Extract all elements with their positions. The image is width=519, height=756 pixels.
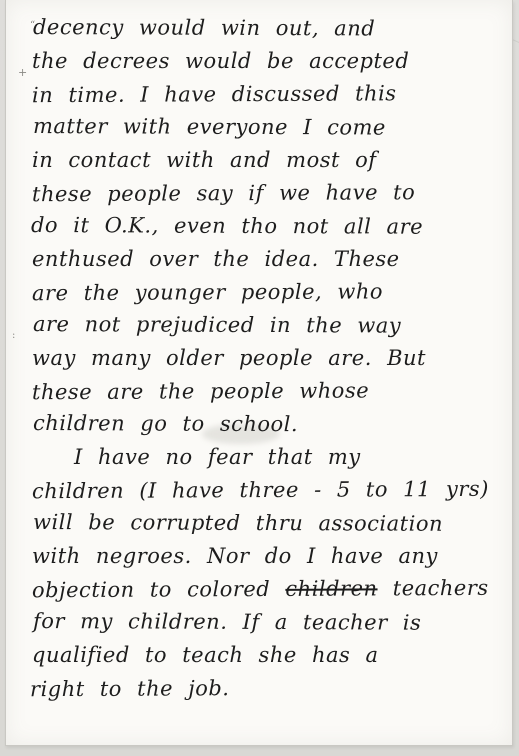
handwritten-text: in time. I have discussed this	[32, 81, 397, 107]
handwritten-line: children go to school.	[33, 407, 499, 442]
handwritten-line: these people say if we have to	[32, 176, 498, 211]
handwritten-line: are the younger people, who	[32, 275, 498, 310]
scan-noise: +	[18, 66, 27, 79]
handwritten-text: do it O.K., even tho not all are	[31, 213, 423, 239]
handwritten-line: are not prejudiced in the way	[33, 308, 499, 343]
handwritten-line: matter with everyone I come	[33, 110, 499, 145]
letter-body: decency would win out, andthe decrees wo…	[32, 12, 498, 705]
letter-paper: “ + : decency would win out, andthe decr…	[5, 0, 513, 746]
handwritten-text: objection to colored	[32, 577, 286, 602]
handwritten-text: matter with everyone I come	[33, 114, 386, 140]
handwritten-text: I have no fear that my	[74, 445, 361, 469]
handwritten-text: with negroes. Nor do I have any	[32, 544, 438, 568]
handwritten-text: enthused over the idea. These	[32, 247, 400, 271]
handwritten-line: right to the job.	[30, 671, 498, 706]
handwritten-text: for my children. If a teacher is	[33, 609, 421, 635]
handwritten-text: these are the people whose	[32, 378, 369, 404]
handwritten-line: with negroes. Nor do I have any	[32, 540, 498, 573]
handwritten-line: decency would win out, and	[33, 11, 499, 46]
scan-noise: :	[12, 330, 15, 341]
handwritten-line: qualified to teach she has a	[32, 639, 498, 672]
handwritten-text: way many older people are. But	[32, 346, 426, 370]
handwritten-text: in contact with and most of	[32, 148, 377, 172]
handwritten-text: qualified to teach she has a	[32, 643, 378, 667]
handwritten-text: these people say if we have to	[32, 180, 415, 206]
handwritten-text: will be corrupted thru association	[33, 510, 443, 536]
handwritten-text: are not prejudiced in the way	[33, 312, 401, 338]
handwritten-line: objection to colored children teachers	[32, 572, 498, 607]
handwritten-line: children (I have three - 5 to 11 yrs)	[32, 473, 498, 508]
handwritten-line: way many older people are. But	[32, 342, 498, 375]
handwritten-line: in contact with and most of	[32, 144, 498, 177]
handwritten-line: will be corrupted thru association	[33, 506, 499, 541]
handwritten-text: children (I have three - 5 to 11 yrs)	[32, 477, 489, 503]
handwritten-line: enthused over the idea. These	[32, 243, 498, 276]
handwritten-text: right to the job.	[30, 676, 230, 701]
handwritten-line: these are the people whose	[32, 374, 498, 409]
scanned-letter-page: “ + : decency would win out, andthe decr…	[0, 0, 519, 756]
handwritten-line: I have no fear that my	[30, 441, 498, 474]
handwritten-line: the decrees would be accepted	[32, 45, 498, 78]
handwritten-text: are the younger people, who	[32, 279, 383, 305]
handwritten-text: the decrees would be accepted	[32, 49, 409, 73]
struck-word: children	[285, 576, 377, 600]
handwritten-text: children go to school.	[33, 411, 298, 436]
handwritten-line: do it O.K., even tho not all are	[31, 209, 499, 244]
handwritten-line: in time. I have discussed this	[32, 77, 498, 112]
handwritten-text: decency would win out, and	[33, 15, 375, 40]
handwritten-line: for my children. If a teacher is	[33, 605, 499, 640]
handwritten-text: teachers	[377, 576, 488, 601]
